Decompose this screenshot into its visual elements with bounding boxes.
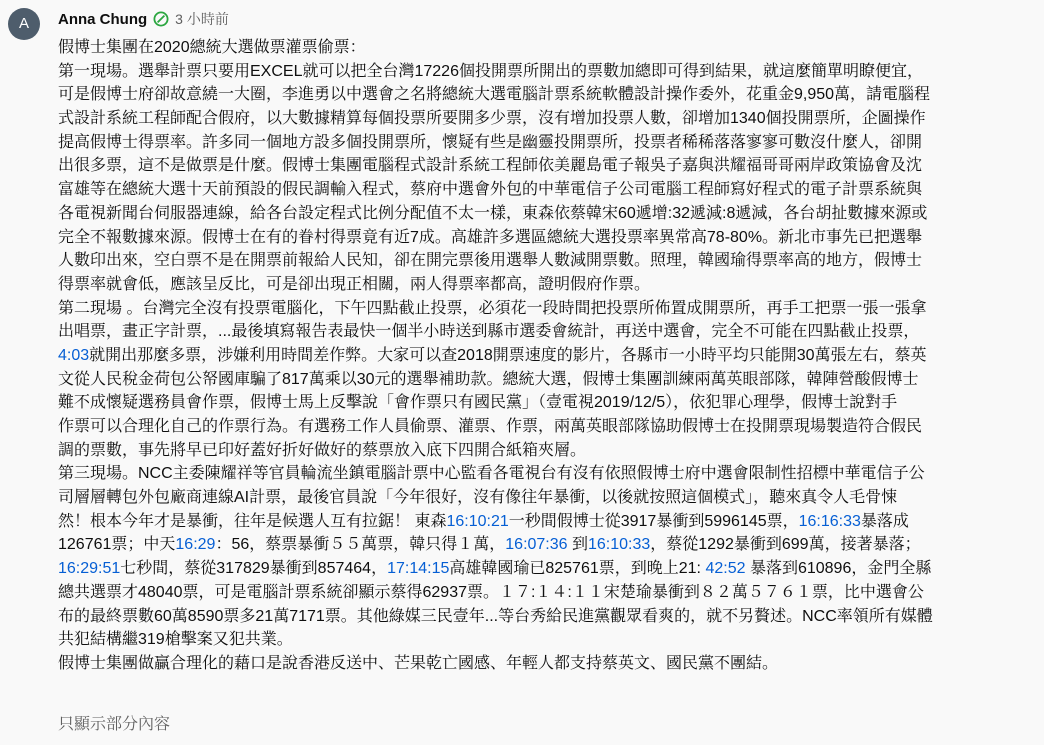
comment-text-segment: 然！根本今年才是暴衝，往年是候選人互有拉鋸！ 東森 — [58, 513, 446, 530]
timestamp-link[interactable]: 4:03 — [58, 347, 89, 364]
comment-text-segment: 假博士集團在2020總統大選做票灌票偷票： — [58, 39, 366, 56]
comment-line: 作票可以合理化自己的作票行為。有選務工作人員偷票、灌票、作票，兩萬英眼部隊協助假… — [58, 415, 1038, 439]
comment-line: 出很多票，這不是做票是什麼。假博士集團電腦程式設計系統工程師依美麗島電子報吳子嘉… — [58, 154, 1038, 178]
comment-line: 第二現場 。台灣完全沒有投票電腦化，下午四點截止投票，必須花一段時間把投票所佈置… — [58, 297, 1038, 321]
timestamp-link[interactable]: 42:52 — [705, 560, 745, 577]
comment-line: 人數印出來，空白票不是在開票前報給人民知，卻在開完票後用選舉人數減開票數。照理，… — [58, 249, 1038, 273]
comment-line: 布的最終票數60萬8590票多21萬7171票。其他綠媒三民壹年...等台秀給民… — [58, 605, 1038, 629]
comment-text-segment: 文從人民稅金荷包公帑國庫騙了817萬乘以30元的選舉補助款。總統大選，假博士集團… — [58, 371, 919, 388]
comment-header: Anna Chung 3 小時前 — [58, 8, 229, 30]
timestamp-link[interactable]: 16:29 — [175, 536, 215, 553]
comment-text-segment: 暴落到610896，金門全縣 — [746, 560, 932, 577]
comment-text-segment: 總共選票才48040票，可是電腦計票系統卻顯示蔡得62937票。１７:１４:１１… — [58, 584, 924, 601]
comment-text-segment: 可是假博士府卻故意繞一大圈，李進勇以中選會之名將總統大選電腦計票系統軟體設計操作… — [58, 86, 930, 103]
comment-line: 式設計系統工程師配合假府，以大數據精算每個投票所要開多少票，沒有增加投票人數，卻… — [58, 107, 1038, 131]
comment-text-segment: 式設計系統工程師配合假府，以大數據精算每個投票所要開多少票，沒有增加投票人數，卻… — [58, 110, 926, 127]
timestamp-link[interactable]: 16:10:33 — [588, 536, 650, 553]
comment-line: 難不成懷疑選務員會作票，假博士馬上反擊說「會作票只有國民黨」（壹電視2019/1… — [58, 391, 1038, 415]
comment-line: 出唱票，畫正字計票，...最後填寫報告表最快一個半小時送到縣市選委會統計，再送中… — [58, 320, 1038, 344]
comment-line: 提高假博士得票率。許多同一個地方設多個投開票所，懷疑有些是幽靈投開票所，投票者稀… — [58, 131, 1038, 155]
comment-text-segment: 第三現場。NCC主委陳耀祥等官員輪流坐鎮電腦計票中心監看各電視台有沒有依照假博士… — [58, 465, 925, 482]
comment-line: 調的票數，事先將早已印好蓋好折好做好的蔡票放入底下四開合紙箱夾層。 — [58, 439, 1038, 463]
comment-text-segment: 暴落成 — [861, 513, 909, 530]
comment-line: 司層層轉包外包廠商連線AI計票，最後官員說「今年很好，沒有像往年暴衝，以後就按照… — [58, 486, 1038, 510]
comment-text-segment: 假博士集團做贏合理化的藉口是說香港反送中、芒果乾亡國感、年輕人都支持蔡英文、國民… — [58, 655, 778, 672]
comment-text-segment: 出很多票，這不是做票是什麼。假博士集團電腦程式設計系統工程師依美麗島電子報吳子嘉… — [58, 157, 922, 174]
comment-line: 共犯結構繼319槍擊案又犯共業。 — [58, 628, 1038, 652]
comment-line: 得票率就會低，應該呈反比，可是卻出現正相關，兩人得票率都高，證明假府作票。 — [58, 273, 1038, 297]
timestamp-link[interactable]: 16:07:36 — [505, 536, 567, 553]
comment-thread-item: A Anna Chung 3 小時前 假博士集團在2020總統大選做票灌票偷票：… — [0, 0, 1044, 745]
verified-check-icon — [153, 11, 169, 27]
comment-line: 4:03就開出那麼多票，涉嫌利用時間差作弊。大家可以查2018開票速度的影片，各… — [58, 344, 1038, 368]
comment-text-segment: 得票率就會低，應該呈反比，可是卻出現正相關，兩人得票率都高，證明假府作票。 — [58, 276, 650, 293]
comment-text-segment: 126761票；中天 — [58, 536, 175, 553]
comment-text-segment: 作票可以合理化自己的作票行為。有選務工作人員偷票、灌票、作票，兩萬英眼部隊協助假… — [58, 418, 922, 435]
comment-line: 假博士集團做贏合理化的藉口是說香港反送中、芒果乾亡國感、年輕人都支持蔡英文、國民… — [58, 652, 1038, 676]
comment-text-segment: ，蔡從1292暴衝到699萬，接著暴落； — [650, 536, 920, 553]
comment-text-segment: 一秒間假博士從3917暴衝到5996145票， — [509, 513, 799, 530]
comment-line: 第三現場。NCC主委陳耀祥等官員輪流坐鎮電腦計票中心監看各電視台有沒有依照假博士… — [58, 462, 1038, 486]
comment-text-segment: 富雄等在總統大選十天前預設的假民調輸入程式，蔡府中選會外包的中華電信子公司電腦工… — [58, 181, 922, 198]
comment-line: 總共選票才48040票，可是電腦計票系統卻顯示蔡得62937票。１７:１４:１１… — [58, 581, 1038, 605]
timestamp-link[interactable]: 16:29:51 — [58, 560, 120, 577]
timestamp-link[interactable]: 17:14:15 — [387, 560, 449, 577]
comment-line: 文從人民稅金荷包公帑國庫騙了817萬乘以30元的選舉補助款。總統大選，假博士集團… — [58, 368, 1038, 392]
comment-line: 各電視新聞台伺服器連線，給各台設定程式比例分配值不太一樣，東森依蔡韓宋60遞增:… — [58, 202, 1038, 226]
comment-text-segment: ：56，蔡票暴衝５５萬票，韓只得１萬， — [215, 536, 505, 553]
comment-text-segment: 七秒間，蔡從317829暴衝到857464， — [120, 560, 387, 577]
comment-text-segment: 到 — [568, 536, 588, 553]
comment-timestamp[interactable]: 3 小時前 — [175, 9, 229, 29]
author-name[interactable]: Anna Chung — [58, 11, 147, 28]
comment-line: 假博士集團在2020總統大選做票灌票偷票： — [58, 36, 1038, 60]
comment-text-segment: 司層層轉包外包廠商連線AI計票，最後官員說「今年很好，沒有像往年暴衝，以後就按照… — [58, 489, 897, 506]
comment-text-segment: 第二現場 。台灣完全沒有投票電腦化，下午四點截止投票，必須花一段時間把投票所佈置… — [58, 300, 926, 317]
comment-line: 16:29:51七秒間，蔡從317829暴衝到857464，17:14:15高雄… — [58, 557, 1038, 581]
comment-text-segment: 出唱票，畫正字計票，...最後填寫報告表最快一個半小時送到縣市選委會統計，再送中… — [58, 323, 919, 340]
avatar[interactable]: A — [8, 8, 40, 40]
show-less-link[interactable]: 只顯示部分內容 — [58, 711, 170, 734]
comment-text-segment: 第一現場。選舉計票只要用EXCEL就可以把全台灣17226個投開票所開出的票數加… — [58, 63, 923, 80]
comment-text: 假博士集團在2020總統大選做票灌票偷票：第一現場。選舉計票只要用EXCEL就可… — [58, 36, 1038, 676]
comment-line: 126761票；中天16:29：56，蔡票暴衝５５萬票，韓只得１萬，16:07:… — [58, 533, 1038, 557]
comment-text-segment: 提高假博士得票率。許多同一個地方設多個投開票所，懷疑有些是幽靈投開票所，投票者稀… — [58, 134, 922, 151]
timestamp-link[interactable]: 16:10:21 — [446, 513, 508, 530]
comment-text-segment: 完全不報數據來源。假博士在有的眷村得票竟有近7成。高雄許多選區總統大選投票率異常… — [58, 229, 922, 246]
timestamp-link[interactable]: 16:16:33 — [799, 513, 861, 530]
comment-line: 完全不報數據來源。假博士在有的眷村得票竟有近7成。高雄許多選區總統大選投票率異常… — [58, 226, 1038, 250]
comment-text-segment: 人數印出來，空白票不是在開票前報給人民知，卻在開完票後用選舉人數減開票數。照理，… — [58, 252, 922, 269]
comment-line: 然！根本今年才是暴衝，往年是候選人互有拉鋸！ 東森16:10:21一秒間假博士從… — [58, 510, 1038, 534]
comment-line: 可是假博士府卻故意繞一大圈，李進勇以中選會之名將總統大選電腦計票系統軟體設計操作… — [58, 83, 1038, 107]
comment-text-segment: 共犯結構繼319槍擊案又犯共業。 — [58, 631, 293, 648]
comment-text-segment: 調的票數，事先將早已印好蓋好折好做好的蔡票放入底下四開合紙箱夾層。 — [58, 442, 586, 459]
comment-text-segment: 各電視新聞台伺服器連線，給各台設定程式比例分配值不太一樣，東森依蔡韓宋60遞增:… — [58, 205, 927, 222]
comment-text-segment: 難不成懷疑選務員會作票，假博士馬上反擊說「會作票只有國民黨」（壹電視2019/1… — [58, 394, 897, 411]
comment-line: 第一現場。選舉計票只要用EXCEL就可以把全台灣17226個投開票所開出的票數加… — [58, 60, 1038, 84]
comment-text-segment: 就開出那麼多票，涉嫌利用時間差作弊。大家可以查2018開票速度的影片，各縣市一小… — [89, 347, 926, 364]
comment-line: 富雄等在總統大選十天前預設的假民調輸入程式，蔡府中選會外包的中華電信子公司電腦工… — [58, 178, 1038, 202]
comment-text-segment: 布的最終票數60萬8590票多21萬7171票。其他綠媒三民壹年...等台秀給民… — [58, 608, 933, 625]
comment-text-segment: 高雄韓國瑜已825761票，到晚上21: — [449, 560, 705, 577]
